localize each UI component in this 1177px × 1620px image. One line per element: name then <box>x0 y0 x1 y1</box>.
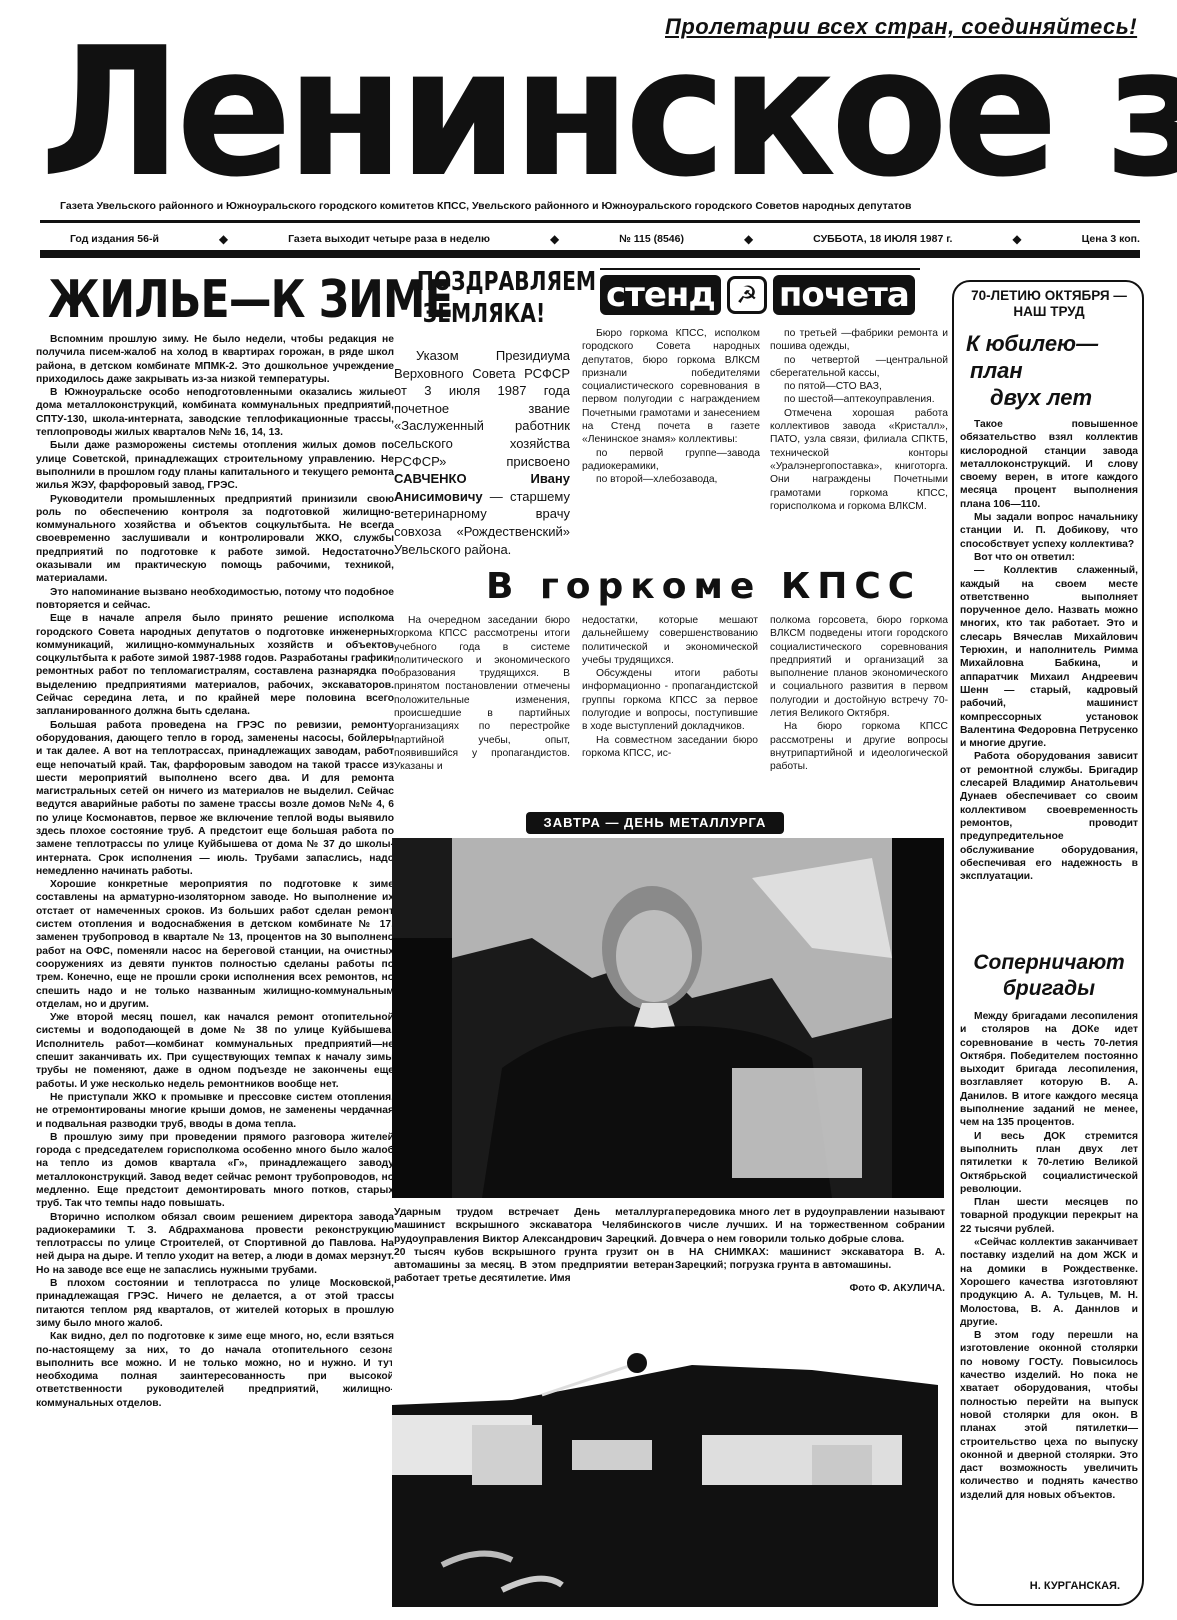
paragraph: Отмечена хорошая работа коллективов заво… <box>770 407 948 513</box>
paragraph: по третьей —фабрики ремонта и пошива оде… <box>770 327 948 354</box>
photo-caption-label: НА СНИМКАХ: машинист экскаватора В. А. З… <box>675 1246 945 1273</box>
title-line: план <box>966 357 1136 384</box>
congrats-headline: ПОЗДРАВЛЯЕМ ЗЕМЛЯКА! <box>417 266 551 330</box>
diamond-separator-icon: ◆ <box>550 232 559 246</box>
paragraph: Еще в начале апреля было принято решение… <box>36 612 394 718</box>
paragraph: передовика много лет в рудоуправлении на… <box>675 1206 945 1246</box>
paragraph: В плохом состоянии и теплотрасса по улиц… <box>36 1277 394 1330</box>
newspaper-masthead: Ленинское знамя <box>40 28 1096 198</box>
gorkom-headline: В горкоме КПСС <box>486 566 921 607</box>
sidebar-kicker: 70-ЛЕТИЮ ОКТЯБРЯ — НАШ ТРУД <box>964 288 1134 320</box>
paragraph: Обсуждены итоги работы информационно - п… <box>582 667 758 733</box>
banner-word-honor: почета <box>773 275 915 315</box>
paragraph: Не приступали ЖКО к промывке и прессовке… <box>36 1091 394 1131</box>
photo-excavator-operator <box>392 838 944 1198</box>
congrats-article-body: Указом Президиума Верховного Совета РСФС… <box>394 347 570 558</box>
paragraph: Были даже разморожены системы отопления … <box>36 439 394 492</box>
paragraph: Это напоминание вызвано необходимостью, … <box>36 586 394 613</box>
paragraph: В прошлую зиму при проведении прямого ра… <box>36 1131 394 1211</box>
paragraph: Вот что он ответил: <box>960 551 1138 564</box>
author-signature: Н. КУРГАНСКАЯ. <box>960 1580 1120 1592</box>
gorkom-col-2: недостатки, которые мешают дальнейшему с… <box>582 614 758 760</box>
photo-soil-loading <box>392 1345 938 1607</box>
paragraph: И весь ДОК стремится выполнить план двух… <box>960 1130 1138 1196</box>
paragraph: «Сейчас коллектив заканчивает поставку и… <box>960 1236 1138 1329</box>
paragraph: Ударным трудом встречает День металлурга… <box>394 1206 674 1286</box>
paragraph: Такое повышенное обязательство взял колл… <box>960 418 1138 511</box>
publication-year: Год издания 56-й <box>70 233 159 245</box>
honor-board-col-2: по третьей —фабрики ремонта и пошива оде… <box>770 327 948 513</box>
header-thick-rule <box>40 250 1140 258</box>
paragraph: Хорошие конкретные мероприятия по подгот… <box>36 878 394 1011</box>
paragraph: В этом году перешли на изготовление окон… <box>960 1329 1138 1502</box>
paragraph: по второй—хлебозавода, <box>582 473 760 486</box>
paragraph: Между бригадами лесопиления и столяров н… <box>960 1010 1138 1130</box>
housing-headline: ЖИЛЬЕ—К ЗИМЕ <box>48 270 453 330</box>
paragraph: — Коллектив слаженный, каждый на своем м… <box>960 564 1138 750</box>
paragraph: полкома горсовета, бюро горкома ВЛКСМ по… <box>770 614 948 720</box>
diamond-separator-icon: ◆ <box>744 232 753 246</box>
paragraph: по четвертой —центральной сберегательной… <box>770 354 948 381</box>
issue-number: № 115 (8546) <box>619 233 684 245</box>
honor-board-banner: стенд ☭ почета <box>600 273 920 317</box>
sidebar-article-2-body: Между бригадами лесопиления и столяров н… <box>960 1010 1138 1502</box>
publisher-subtitle: Газета Увельского районного и Южноуральс… <box>60 200 911 212</box>
congrats-text: Указом Президиума Верховного Совета РСФС… <box>394 348 570 469</box>
paragraph: по пятой—СТО ВАЗ, <box>770 380 948 393</box>
paragraph: На бюро горкома КПСС рассмотрены и други… <box>770 720 948 773</box>
housing-article-body: Вспомним прошлую зиму. Не было недели, ч… <box>36 333 394 1410</box>
paragraph: Большая работа проведена на ГРЭС по реви… <box>36 719 394 879</box>
paragraph: Вспомним прошлую зиму. Не было недели, ч… <box>36 333 394 386</box>
paragraph: План шести месяцев по товарной продукции… <box>960 1196 1138 1236</box>
title-line: двух лет <box>966 384 1136 411</box>
sidebar-article-1-title: К юбилею— план двух лет <box>966 330 1136 411</box>
issue-price: Цена 3 коп. <box>1082 233 1140 245</box>
issue-date: СУББОТА, 18 ИЮЛЯ 1987 г. <box>813 233 952 245</box>
publication-frequency: Газета выходит четыре раза в неделю <box>288 233 490 245</box>
paragraph: На очередном заседании бюро горкома КПСС… <box>394 614 570 774</box>
paragraph: Указом Президиума Верховного Совета РСФС… <box>394 347 570 558</box>
honor-board-rule <box>600 268 920 270</box>
paragraph: Уже второй месяц пошел, как начался ремо… <box>36 1011 394 1091</box>
metallurgist-day-banner: ЗАВТРА — ДЕНЬ МЕТАЛЛУРГА <box>526 812 784 834</box>
photo-caption-col-1: Ударным трудом встречает День металлурга… <box>394 1206 674 1286</box>
honor-board-col-1: Бюро горкома КПСС, исполком городского С… <box>582 327 760 487</box>
photo-credit: Фото Ф. АКУЛИЧА. <box>675 1282 945 1295</box>
paragraph: Руководители промышленных предприятий пр… <box>36 493 394 586</box>
paragraph: Вторично исполком обязал своим решением … <box>36 1211 394 1277</box>
diamond-separator-icon: ◆ <box>1012 232 1021 246</box>
paragraph: В Южноуральске особо неподготовленными о… <box>36 386 394 439</box>
photo-caption-col-2: передовика много лет в рудоуправлении на… <box>675 1206 945 1296</box>
title-line: К юбилею— <box>966 330 1136 357</box>
paragraph: Мы задали вопрос начальнику станции И. П… <box>960 511 1138 551</box>
issue-info-bar: Год издания 56-й ◆ Газета выходит четыре… <box>70 232 1140 246</box>
paragraph: На совместном заседании бюро горкома КПС… <box>582 734 758 761</box>
paragraph: Работа оборудования зависит от ремонтной… <box>960 750 1138 883</box>
paragraph: по шестой—аптекоуправления. <box>770 393 948 406</box>
hammer-sickle-icon: ☭ <box>727 276 767 314</box>
paragraph: недостатки, которые мешают дальнейшему с… <box>582 614 758 667</box>
header-rule <box>40 220 1140 223</box>
diamond-separator-icon: ◆ <box>219 232 228 246</box>
sidebar-article-2-title: Соперничают бригады <box>960 950 1138 1002</box>
paragraph: Как видно, дел по подготовке к зиме еще … <box>36 1330 394 1410</box>
banner-word-stand: стенд <box>600 275 721 315</box>
gorkom-col-3: полкома горсовета, бюро горкома ВЛКСМ по… <box>770 614 948 774</box>
paragraph: по первой группе—завода радиокерамики, <box>582 447 760 474</box>
gorkom-col-1: На очередном заседании бюро горкома КПСС… <box>394 614 570 774</box>
paragraph: Бюро горкома КПСС, исполком городского С… <box>582 327 760 447</box>
sidebar-article-1-body: Такое повышенное обязательство взял колл… <box>960 418 1138 883</box>
